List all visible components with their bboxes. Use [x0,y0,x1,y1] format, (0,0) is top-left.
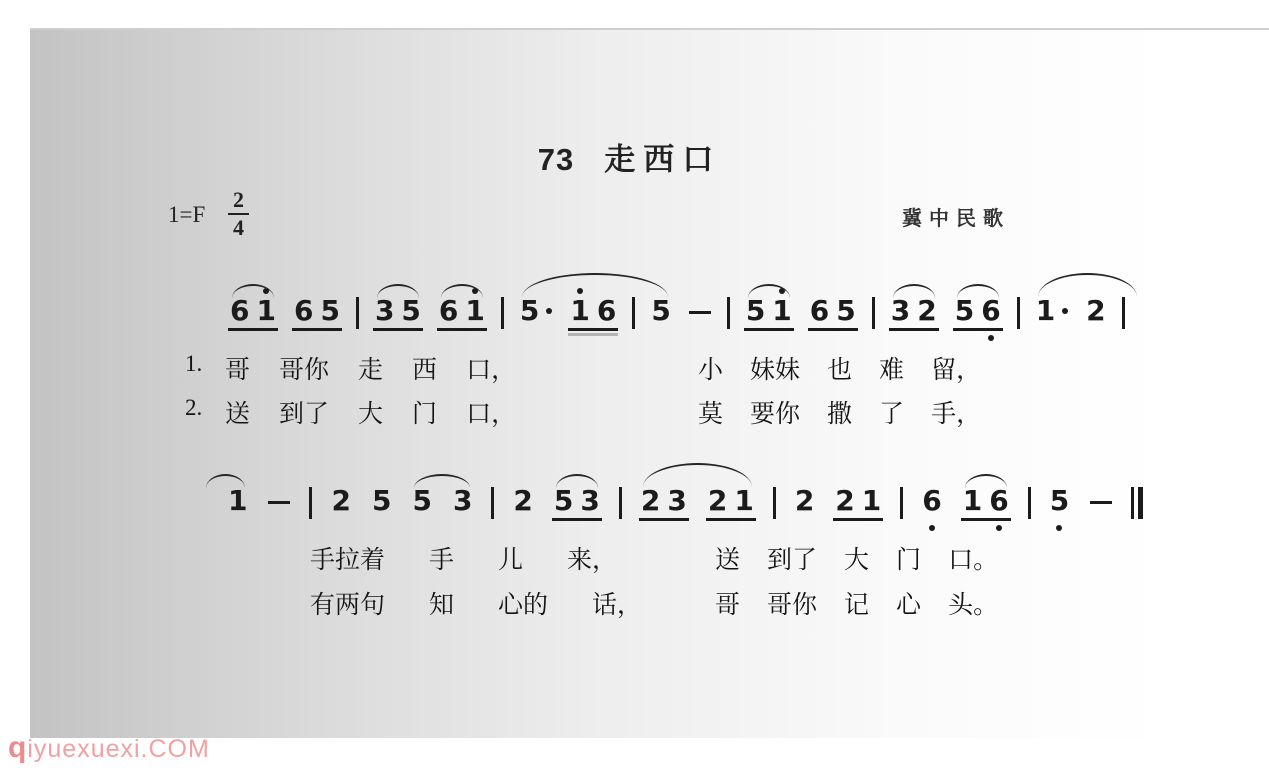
note: 5 [746,297,765,325]
lyric-word: 哥你 [279,350,329,386]
lyric-word: 要你 [750,394,800,430]
note-glyph: 2 [835,487,854,515]
lyric-word: 大 [844,540,869,576]
note-glyph: 1 [256,297,275,325]
note-glyph: 5 [412,487,431,515]
verse-number: 2. [185,395,202,421]
barline [1122,297,1125,329]
slur-arc [414,474,470,488]
note: 2 [708,487,727,515]
lyrics-phrase: 哥哥你走西口， [225,350,516,386]
key-signature: 1=F [168,202,205,228]
barline [309,487,312,519]
note-row: 1 [1034,297,1070,325]
lyric-word: 口。 [948,540,998,576]
lyric-word: 头。 [948,585,998,621]
note: 3 [375,297,394,325]
note-glyph: 2 [331,487,350,515]
lyric-word: 儿 [498,540,523,576]
note-glyph: 6 [922,487,941,515]
beam-underline [744,328,794,331]
note: 5 [1050,487,1069,515]
note-row: 2 [1084,297,1107,325]
barline [1017,297,1020,329]
note-glyph: 6 [230,297,249,325]
barline [773,487,776,519]
note-glyph: 6 [439,297,458,325]
note-glyph: 5 [746,297,765,325]
note-glyph: 5 [372,487,391,515]
note: 5 [836,297,855,325]
beam-underline [228,328,278,331]
lyric-word: 送 [715,540,740,576]
beam-underline [292,328,342,331]
lyric-word: 到了 [279,394,329,430]
lyric-word: 大 [358,394,383,430]
note-row: 2 [793,487,816,515]
note: 5 [412,487,431,515]
beam-underline [552,518,602,521]
note-unit: 65 [292,297,342,331]
note: 2 [795,487,814,515]
note-glyph: 5 [401,297,420,325]
note: 2 [641,487,660,515]
note-glyph: 1 [228,487,247,515]
note-row: 56 [953,297,1003,325]
note-row: 23 [639,487,689,515]
note: 1 [228,487,247,515]
song-title-text: 走西口 [604,142,721,177]
song-title: 73走西口 [30,134,1269,179]
note-glyph: 5 [955,297,974,325]
note: 1 [465,297,484,325]
note-row: 53 [552,487,602,515]
lyric-word: 有两句 [310,585,385,621]
lyric-word: 撒 [827,394,852,430]
note-unit: 5 [649,297,672,325]
lyrics-phrase: 手拉着手儿来， [310,540,617,576]
note-unit: 32 [889,297,939,331]
time-signature-denominator: 4 [233,215,244,240]
note: 6 [922,487,941,515]
slur-arc [893,284,935,298]
note: 5 [651,297,670,325]
note-row: 16 [568,297,618,325]
note-unit: 6 [920,487,943,515]
note: 5 [955,297,974,325]
note: 3 [667,487,686,515]
slur-arc [232,284,274,298]
lyric-word: 哥 [715,585,740,621]
lyric-word: 小 [698,350,723,386]
slur-arc [441,284,483,298]
note: 2 [835,487,854,515]
note: 3 [453,487,472,515]
beam-underline [889,328,939,331]
note: 6 [439,297,458,325]
beam-underline [437,328,487,331]
lyrics-phrase: 有两句知心的话， [310,585,642,621]
slur-arc [377,284,419,298]
note-glyph: 6 [810,297,829,325]
note-glyph: 5 [651,297,670,325]
note-row [687,297,713,314]
lyric-word: 哥 [225,350,250,386]
note [268,487,290,504]
lyrics-phrase: 送到了大门口， [225,394,516,430]
note-unit: 51 [744,297,794,331]
note-row: 65 [808,297,858,325]
beam-underline [833,518,883,521]
note-glyph: 2 [513,487,532,515]
lyric-word: 记 [844,585,869,621]
beam-underline [706,518,756,521]
lyric-word: 口， [466,350,516,386]
note-glyph: 2 [1086,297,1105,325]
note-glyph: 1 [465,297,484,325]
time-signature: 2 4 [228,188,249,240]
note-glyph: 1 [772,297,791,325]
slur-arc [1038,273,1137,297]
note-glyph: 5 [520,297,539,325]
note-row: 32 [889,297,939,325]
note-row: 21 [833,487,883,515]
lyric-word: 手拉着 [310,540,385,576]
note-glyph: 1 [570,297,589,325]
lyric-word: 了 [879,394,904,430]
note: 1 [734,487,753,515]
beam-underline [568,328,618,331]
beam-underline-second [568,333,618,336]
note-unit: 5 [518,297,554,325]
slur-arc [206,474,245,488]
barline [619,487,622,519]
note-glyph: 3 [667,487,686,515]
note [1090,487,1112,504]
barline [501,297,504,329]
slur-arc [965,474,1007,488]
note-unit: 5 [1048,487,1071,515]
note-unit: 16 [961,487,1011,521]
note-unit: 5 [370,487,393,515]
note: 6 [989,487,1008,515]
barline [872,297,875,329]
beam-underline [953,328,1003,331]
note-row: 2 [329,487,352,515]
note-row: 5 [1048,487,1071,515]
beam-underline [808,328,858,331]
barline [356,297,359,329]
note: 6 [294,297,313,325]
slur-arc [957,284,999,298]
note-unit: 2 [1084,297,1107,325]
note-row: 16 [961,487,1011,515]
lyric-word: 话， [592,585,642,621]
lyric-word: 妹妹 [750,350,800,386]
note-glyph: 6 [597,297,616,325]
lyric-word: 来， [567,540,617,576]
note: 6 [597,297,616,325]
barline [1028,487,1031,519]
note: 6 [810,297,829,325]
note-glyph: 3 [580,487,599,515]
note: 5 [320,297,339,325]
lyric-word: 留， [931,350,981,386]
note-unit: 35 [373,297,423,331]
note-unit: 56 [953,297,1003,331]
note: 3 [580,487,599,515]
note: 6 [981,297,1000,325]
lyrics-row: 1.哥哥你走西口，小妹妹也难留， [30,350,1269,380]
augmentation-dot [1062,308,1068,314]
note-row [266,487,292,504]
note: 5 [520,297,552,325]
note-unit [1088,487,1114,504]
lyric-word: 也 [827,350,852,386]
lyric-word: 走 [358,350,383,386]
lyric-word: 送 [225,394,250,430]
note-glyph: 1 [1036,297,1055,325]
extension-dash [1090,501,1112,504]
note-row: 5 [410,487,433,515]
note-row: 5 [649,297,672,325]
note-row [1088,487,1114,504]
low-octave-dot [996,525,1002,531]
note-row: 3 [451,487,474,515]
note-glyph: 3 [453,487,472,515]
lyric-word: 难 [879,350,904,386]
note: 1 [772,297,791,325]
lyric-word: 手 [429,540,454,576]
augmentation-dot [546,308,552,314]
lyric-word: 莫 [698,394,723,430]
note-unit: 2 [793,487,816,515]
lyrics-phrase: 哥哥你记心头。 [715,585,998,621]
note: 2 [917,297,936,325]
final-barline [1131,487,1143,519]
lyric-word: 心 [896,585,921,621]
lyric-word: 门 [896,540,921,576]
note-row: 61 [437,297,487,325]
lyric-word: 手， [931,394,981,430]
note-unit: 65 [808,297,858,331]
extension-dash [689,311,711,314]
note-unit: 3 [451,487,474,515]
note: 2 [513,487,532,515]
lyric-word: 知 [429,585,454,621]
note-unit [687,297,713,314]
notation-line-2: 1255325323212216165 [226,461,1143,521]
note-row: 61 [228,297,278,325]
note [689,297,711,314]
note-glyph: 6 [981,297,1000,325]
note-row: 6 [920,487,943,515]
note-glyph: 2 [641,487,660,515]
note-glyph: 2 [917,297,936,325]
lyric-word: 到了 [767,540,817,576]
lyrics-phrase: 小妹妹也难留， [698,350,981,386]
note-row: 1 [226,487,249,515]
note: 1 [570,297,589,325]
barline [1131,487,1134,519]
note-row: 35 [373,297,423,325]
beam-underline [373,328,423,331]
note-unit: 61 [437,297,487,331]
note-glyph: 1 [963,487,982,515]
barline [632,297,635,329]
beam-underline [639,518,689,521]
note-unit: 61 [228,297,278,331]
note-unit: 1 [226,487,249,515]
slur-arc [522,273,668,297]
lyric-word: 西 [412,350,437,386]
lyrics-row: 2.送到了大门口，莫要你撒了手， [30,394,1269,424]
note: 3 [891,297,910,325]
low-octave-dot [1056,525,1062,531]
low-octave-dot [988,335,994,341]
lyric-word: 门 [412,394,437,430]
note: 5 [372,487,391,515]
notation-line-1: 6165356151655165325612 [228,271,1125,336]
note: 5 [554,487,573,515]
extension-dash [268,501,290,504]
note-unit: 21 [706,487,756,521]
low-octave-dot [929,525,935,531]
lyrics-row: 手拉着手儿来，送到了大门口。 [30,540,1269,570]
note-row: 51 [744,297,794,325]
slur-arc [748,284,790,298]
note: 2 [331,487,350,515]
note-glyph: 2 [708,487,727,515]
note: 5 [401,297,420,325]
note-glyph: 1 [734,487,753,515]
note-glyph: 6 [989,487,1008,515]
watermark: qiyuexuexi.COM [8,731,210,765]
note-unit: 23 [639,487,689,521]
lyrics-phrase: 莫要你撒了手， [698,394,981,430]
lyrics-row: 有两句知心的话，哥哥你记心头。 [30,585,1269,615]
score-page: 73走西口 1=F 2 4 冀中民歌 616535615165516532561… [30,28,1269,738]
lyric-word: 口， [466,394,516,430]
attribution: 冀中民歌 [902,202,1010,231]
barline [491,487,494,519]
note-glyph: 5 [320,297,339,325]
note: 1 [862,487,881,515]
note-glyph: 1 [862,487,881,515]
note-glyph: 2 [795,487,814,515]
slur-arc [556,474,598,488]
barline [727,297,730,329]
time-signature-numerator: 2 [228,188,249,215]
note-row: 5 [370,487,393,515]
barline [1138,487,1143,519]
note-glyph: 5 [1050,487,1069,515]
lyric-word: 哥你 [767,585,817,621]
note-glyph: 6 [294,297,313,325]
barline [900,487,903,519]
note-glyph: 5 [836,297,855,325]
note-unit: 21 [833,487,883,521]
note-unit: 53 [552,487,602,521]
note-glyph: 3 [891,297,910,325]
verse-number: 1. [185,351,202,377]
note-unit: 2 [511,487,534,515]
note: 1 [1036,297,1068,325]
note-unit: 2 [329,487,352,515]
note-unit: 16 [568,297,618,336]
note: 1 [963,487,982,515]
note-row: 5 [518,297,554,325]
note-unit [266,487,292,504]
note-glyph: 3 [375,297,394,325]
note-unit: 1 [1034,297,1070,325]
song-number: 73 [538,142,574,177]
slur-arc [643,463,752,487]
lyrics-phrase: 送到了大门口。 [715,540,998,576]
note-row: 65 [292,297,342,325]
note: 6 [230,297,249,325]
note: 2 [1086,297,1105,325]
note: 1 [256,297,275,325]
note-glyph: 5 [554,487,573,515]
note-row: 21 [706,487,756,515]
lyric-word: 心的 [498,585,548,621]
beam-underline [961,518,1011,521]
note-unit: 5 [410,487,433,515]
note-row: 2 [511,487,534,515]
